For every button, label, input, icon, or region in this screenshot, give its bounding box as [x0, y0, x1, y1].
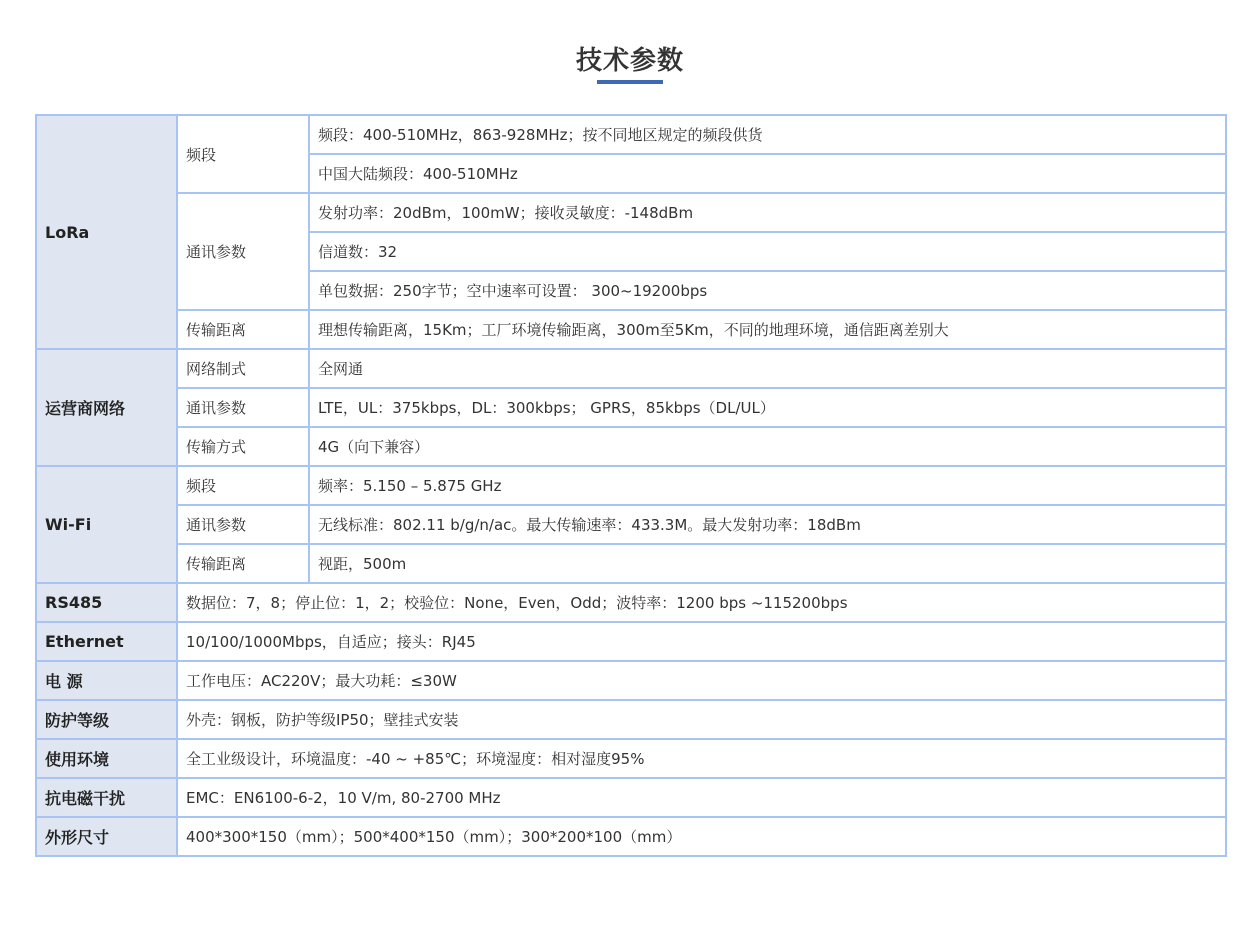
category-carrier: 运营商网络 — [36, 349, 177, 466]
sub-label-distance: 传输距离 — [177, 310, 309, 349]
table-row: LoRa 频段 频段：400-510MHz，863-928MHz；按不同地区规定… — [36, 115, 1226, 154]
title-underline — [597, 80, 663, 84]
table-row: 传输方式 4G（向下兼容） — [36, 427, 1226, 466]
category-dimensions: 外形尺寸 — [36, 817, 177, 856]
value-cell: EMC：EN6100-6-2，10 V/m, 80-2700 MHz — [177, 778, 1226, 817]
table-row: 通讯参数 LTE，UL：375kbps，DL：300kbps； GPRS，85k… — [36, 388, 1226, 427]
table-row: Ethernet 10/100/1000Mbps，自适应；接头：RJ45 — [36, 622, 1226, 661]
category-power: 电 源 — [36, 661, 177, 700]
value-cell: 400*300*150（mm）；500*400*150（mm）；300*200*… — [177, 817, 1226, 856]
table-row: 通讯参数 无线标准：802.11 b/g/n/ac。最大传输速率：433.3M。… — [36, 505, 1226, 544]
value-cell: 理想传输距离，15Km；工厂环境传输距离，300m至5Km，不同的地理环境，通信… — [309, 310, 1226, 349]
value-cell: 频段：400-510MHz，863-928MHz；按不同地区规定的频段供货 — [309, 115, 1226, 154]
sub-label: 频段 — [177, 466, 309, 505]
table-row: 抗电磁干扰 EMC：EN6100-6-2，10 V/m, 80-2700 MHz — [36, 778, 1226, 817]
value-cell: 全工业级设计，环境温度：-40 ~ +85℃；环境湿度：相对湿度95% — [177, 739, 1226, 778]
sub-label: 网络制式 — [177, 349, 309, 388]
value-cell: 工作电压：AC220V；最大功耗：≤30W — [177, 661, 1226, 700]
value-cell: 10/100/1000Mbps，自适应；接头：RJ45 — [177, 622, 1226, 661]
value-cell: 数据位：7，8；停止位：1，2；校验位：None，Even，Odd；波特率：12… — [177, 583, 1226, 622]
category-ethernet: Ethernet — [36, 622, 177, 661]
value-cell: 信道数：32 — [309, 232, 1226, 271]
table-row: 传输距离 理想传输距离，15Km；工厂环境传输距离，300m至5Km，不同的地理… — [36, 310, 1226, 349]
value-cell: 视距，500m — [309, 544, 1226, 583]
value-cell: 频率：5.150 – 5.875 GHz — [309, 466, 1226, 505]
value-cell: 发射功率：20dBm，100mW；接收灵敏度：-148dBm — [309, 193, 1226, 232]
category-environment: 使用环境 — [36, 739, 177, 778]
sub-label: 通讯参数 — [177, 505, 309, 544]
category-protection: 防护等级 — [36, 700, 177, 739]
value-cell: LTE，UL：375kbps，DL：300kbps； GPRS，85kbps（D… — [309, 388, 1226, 427]
value-cell: 全网通 — [309, 349, 1226, 388]
value-cell: 中国大陆频段：400-510MHz — [309, 154, 1226, 193]
table-row: RS485 数据位：7，8；停止位：1，2；校验位：None，Even，Odd；… — [36, 583, 1226, 622]
table-row: Wi-Fi 频段 频率：5.150 – 5.875 GHz — [36, 466, 1226, 505]
sub-label-comm: 通讯参数 — [177, 193, 309, 310]
value-cell: 4G（向下兼容） — [309, 427, 1226, 466]
table-row: 使用环境 全工业级设计，环境温度：-40 ~ +85℃；环境湿度：相对湿度95% — [36, 739, 1226, 778]
value-cell: 无线标准：802.11 b/g/n/ac。最大传输速率：433.3M。最大发射功… — [309, 505, 1226, 544]
page-title: 技术参数 — [0, 40, 1260, 77]
table-row: 运营商网络 网络制式 全网通 — [36, 349, 1226, 388]
category-wifi: Wi-Fi — [36, 466, 177, 583]
sub-label: 传输方式 — [177, 427, 309, 466]
spec-table: LoRa 频段 频段：400-510MHz，863-928MHz；按不同地区规定… — [35, 114, 1227, 857]
table-row: 电 源 工作电压：AC220V；最大功耗：≤30W — [36, 661, 1226, 700]
sub-label: 传输距离 — [177, 544, 309, 583]
sub-label: 通讯参数 — [177, 388, 309, 427]
table-row: 防护等级 外壳：钢板，防护等级IP50；壁挂式安装 — [36, 700, 1226, 739]
category-lora: LoRa — [36, 115, 177, 349]
category-rs485: RS485 — [36, 583, 177, 622]
value-cell: 单包数据：250字节；空中速率可设置： 300~19200bps — [309, 271, 1226, 310]
table-row: 通讯参数 发射功率：20dBm，100mW；接收灵敏度：-148dBm — [36, 193, 1226, 232]
value-cell: 外壳：钢板，防护等级IP50；壁挂式安装 — [177, 700, 1226, 739]
table-row: 传输距离 视距，500m — [36, 544, 1226, 583]
table-row: 外形尺寸 400*300*150（mm）；500*400*150（mm）；300… — [36, 817, 1226, 856]
category-emc: 抗电磁干扰 — [36, 778, 177, 817]
sub-label-band: 频段 — [177, 115, 309, 193]
